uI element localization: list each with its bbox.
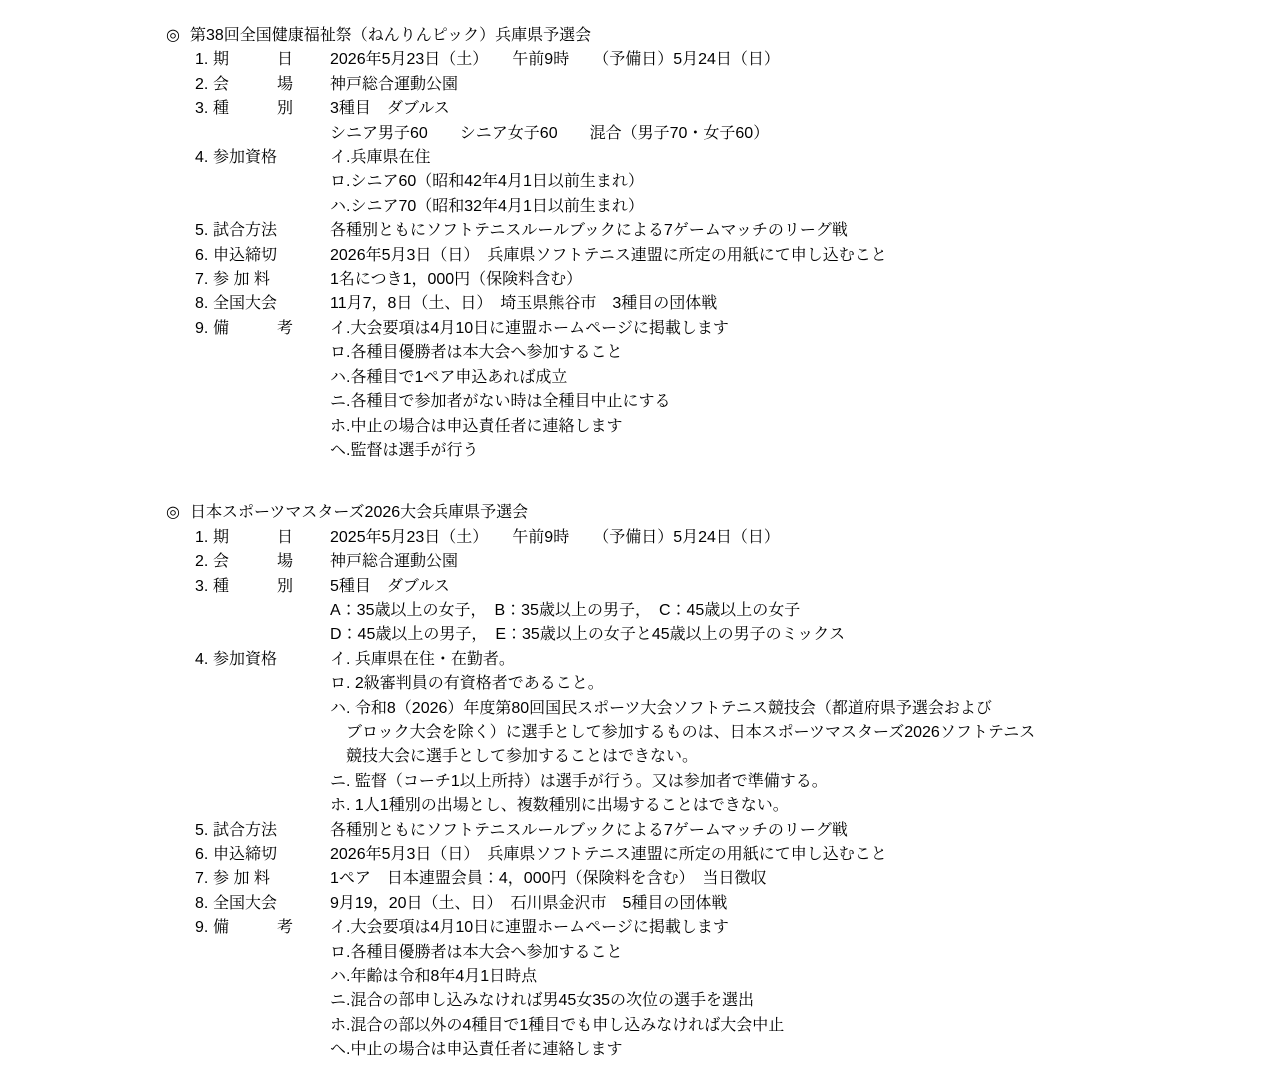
item-row: 6.申込締切2026年5月3日（日） 兵庫県ソフトテニス連盟に所定の用紙にて申し… (166, 843, 1245, 867)
item-text: 各種別ともにソフトテニスルールブックによる7ゲームマッチのリーグ戦 (330, 219, 848, 243)
item-text: 11月7，8日（土、日） 埼玉県熊谷市 3種目の団体戦 (330, 292, 717, 316)
item-number (195, 697, 213, 721)
item-number: 8. (195, 292, 213, 316)
item-text: ブロック大会を除く）に選手として参加するものは、日本スポーツマスターズ2026ソ… (330, 721, 1035, 745)
item-continuation-row: ニ.混合の部申し込みなければ男45女35の次位の選手を選出 (166, 989, 1245, 1013)
item-label: 種 別 (213, 575, 330, 599)
item-text: 競技大会に選手として参加することはできない。 (330, 745, 698, 769)
item-number (195, 195, 213, 219)
section-header: ◎第38回全国健康福祉祭（ねんりんピック）兵庫県予選会 (166, 24, 1245, 48)
item-row: 3.種 別5種目 ダブルス (166, 575, 1245, 599)
item-number: 6. (195, 843, 213, 867)
item-label: 会 場 (213, 550, 330, 574)
section-title: 第38回全国健康福祉祭（ねんりんピック）兵庫県予選会 (190, 24, 591, 48)
item-label: 参 加 料 (213, 867, 330, 891)
item-number (195, 1014, 213, 1038)
item-text: 2026年5月23日（土） 午前9時 （予備日）5月24日（日） (330, 48, 780, 72)
item-text: ニ.各種目で参加者がない時は全種目中止にする (330, 390, 670, 414)
item-text: ロ. 2級審判員の有資格者であること。 (330, 672, 604, 696)
item-label (213, 122, 330, 146)
item-label (213, 941, 330, 965)
item-label: 備 考 (213, 916, 330, 940)
item-text: ヘ.中止の場合は申込責任者に連絡します (330, 1038, 622, 1062)
item-continuation-row: D：45歳以上の男子， E：35歳以上の女子と45歳以上の男子のミックス (166, 623, 1245, 647)
item-text: ロ.各種目優勝者は本大会へ参加すること (330, 341, 622, 365)
item-label (213, 390, 330, 414)
document-page: ◎第38回全国健康福祉祭（ねんりんピック）兵庫県予選会1.期 日2026年5月2… (0, 0, 1275, 1085)
item-continuation-row: ヘ.中止の場合は申込責任者に連絡します (166, 1038, 1245, 1062)
item-label (213, 415, 330, 439)
item-continuation-row: ロ.各種目優勝者は本大会へ参加すること (166, 341, 1245, 365)
item-text: ニ. 監督（コーチ1以上所持）は選手が行う。又は参加者で準備する。 (330, 770, 828, 794)
item-continuation-row: ブロック大会を除く）に選手として参加するものは、日本スポーツマスターズ2026ソ… (166, 721, 1245, 745)
item-number: 1. (195, 526, 213, 550)
item-text: 9月19，20日（土、日） 石川県金沢市 5種目の団体戦 (330, 892, 727, 916)
item-number: 3. (195, 97, 213, 121)
section-title: 日本スポーツマスターズ2026大会兵庫県予選会 (190, 501, 528, 525)
item-row: 3.種 別3種目 ダブルス (166, 97, 1245, 121)
item-number: 6. (195, 244, 213, 268)
item-continuation-row: ヘ.監督は選手が行う (166, 439, 1245, 463)
item-label: 全国大会 (213, 292, 330, 316)
item-text: ホ.中止の場合は申込責任者に連絡します (330, 415, 622, 439)
item-number: 2. (195, 550, 213, 574)
item-number (195, 770, 213, 794)
item-text: 1ペア 日本連盟会員：4，000円（保険料を含む） 当日徴収 (330, 867, 767, 891)
item-number: 8. (195, 892, 213, 916)
double-circle-icon: ◎ (166, 501, 190, 525)
item-continuation-row: ハ. 令和8（2026）年度第80回国民スポーツ大会ソフトテニス競技会（都道府県… (166, 697, 1245, 721)
item-text: 2026年5月3日（日） 兵庫県ソフトテニス連盟に所定の用紙にて申し込むこと (330, 843, 887, 867)
item-number: 7. (195, 268, 213, 292)
item-number (195, 366, 213, 390)
item-row: 2.会 場神戸総合運動公園 (166, 550, 1245, 574)
item-number: 2. (195, 73, 213, 97)
item-continuation-row: A：35歳以上の女子， B：35歳以上の男子， C：45歳以上の女子 (166, 599, 1245, 623)
item-label (213, 623, 330, 647)
item-number (195, 623, 213, 647)
item-text: ハ.年齢は令和8年4月1日時点 (330, 965, 537, 989)
item-row: 8.全国大会11月7，8日（土、日） 埼玉県熊谷市 3種目の団体戦 (166, 292, 1245, 316)
item-number (195, 965, 213, 989)
item-label: 参加資格 (213, 648, 330, 672)
item-text: A：35歳以上の女子， B：35歳以上の男子， C：45歳以上の女子 (330, 599, 800, 623)
item-text: ニ.混合の部申し込みなければ男45女35の次位の選手を選出 (330, 989, 754, 1013)
item-number (195, 415, 213, 439)
item-text: 各種別ともにソフトテニスルールブックによる7ゲームマッチのリーグ戦 (330, 819, 848, 843)
item-number: 4. (195, 146, 213, 170)
item-text: イ. 兵庫県在住・在勤者。 (330, 648, 515, 672)
item-row: 9.備 考イ.大会要項は4月10日に連盟ホームページに掲載します (166, 317, 1245, 341)
item-label (213, 341, 330, 365)
item-row: 2.会 場神戸総合運動公園 (166, 73, 1245, 97)
item-row: 5.試合方法各種別ともにソフトテニスルールブックによる7ゲームマッチのリーグ戦 (166, 219, 1245, 243)
item-text: 1名につき1，000円（保険料含む） (330, 268, 582, 292)
item-number: 9. (195, 916, 213, 940)
item-number (195, 341, 213, 365)
tournament-section: ◎日本スポーツマスターズ2026大会兵庫県予選会1.期 日2025年5月23日（… (166, 501, 1245, 1062)
item-text: 5種目 ダブルス (330, 575, 450, 599)
item-label (213, 745, 330, 769)
item-number: 7. (195, 867, 213, 891)
item-number (195, 1038, 213, 1062)
item-row: 8.全国大会9月19，20日（土、日） 石川県金沢市 5種目の団体戦 (166, 892, 1245, 916)
item-number (195, 745, 213, 769)
item-text: ヘ.監督は選手が行う (330, 439, 478, 463)
item-text: ロ.シニア60（昭和42年4月1日以前生まれ） (330, 170, 644, 194)
item-text: 3種目 ダブルス (330, 97, 450, 121)
item-number: 4. (195, 648, 213, 672)
item-text: ハ.各種目で1ペア申込あれば成立 (330, 366, 567, 390)
item-number (195, 599, 213, 623)
item-text: 神戸総合運動公園 (330, 550, 458, 574)
item-row: 6.申込締切2026年5月3日（日） 兵庫県ソフトテニス連盟に所定の用紙にて申し… (166, 244, 1245, 268)
item-text: D：45歳以上の男子， E：35歳以上の女子と45歳以上の男子のミックス (330, 623, 845, 647)
item-label: 期 日 (213, 526, 330, 550)
item-continuation-row: 競技大会に選手として参加することはできない。 (166, 745, 1245, 769)
item-continuation-row: ロ.シニア60（昭和42年4月1日以前生まれ） (166, 170, 1245, 194)
double-circle-icon: ◎ (166, 24, 190, 48)
item-text: イ.兵庫県在住 (330, 146, 430, 170)
item-label (213, 770, 330, 794)
item-label (213, 697, 330, 721)
item-row: 9.備 考イ.大会要項は4月10日に連盟ホームページに掲載します (166, 916, 1245, 940)
item-continuation-row: ハ.年齢は令和8年4月1日時点 (166, 965, 1245, 989)
item-label: 期 日 (213, 48, 330, 72)
item-label: 会 場 (213, 73, 330, 97)
item-continuation-row: ホ.混合の部以外の4種目で1種目でも申し込みなければ大会中止 (166, 1014, 1245, 1038)
item-label (213, 672, 330, 696)
item-row: 4.参加資格イ. 兵庫県在住・在勤者。 (166, 648, 1245, 672)
tournament-section: ◎第38回全国健康福祉祭（ねんりんピック）兵庫県予選会1.期 日2026年5月2… (166, 24, 1245, 463)
item-continuation-row: ニ.各種目で参加者がない時は全種目中止にする (166, 390, 1245, 414)
item-number: 5. (195, 819, 213, 843)
item-text: シニア男子60 シニア女子60 混合（男子70・女子60） (330, 122, 769, 146)
item-continuation-row: ニ. 監督（コーチ1以上所持）は選手が行う。又は参加者で準備する。 (166, 770, 1245, 794)
item-number (195, 439, 213, 463)
item-label (213, 1038, 330, 1062)
item-label (213, 170, 330, 194)
item-label: 申込締切 (213, 244, 330, 268)
item-label (213, 965, 330, 989)
item-label (213, 989, 330, 1013)
item-number: 5. (195, 219, 213, 243)
item-text: イ.大会要項は4月10日に連盟ホームページに掲載します (330, 916, 729, 940)
item-text: ホ.混合の部以外の4種目で1種目でも申し込みなければ大会中止 (330, 1014, 784, 1038)
item-label: 参加資格 (213, 146, 330, 170)
item-text: ホ. 1人1種別の出場とし、複数種別に出場することはできない。 (330, 794, 789, 818)
item-label: 参 加 料 (213, 268, 330, 292)
item-text: ハ.シニア70（昭和32年4月1日以前生まれ） (330, 195, 644, 219)
item-number (195, 794, 213, 818)
item-continuation-row: シニア男子60 シニア女子60 混合（男子70・女子60） (166, 122, 1245, 146)
item-row: 5.試合方法各種別ともにソフトテニスルールブックによる7ゲームマッチのリーグ戦 (166, 819, 1245, 843)
item-label: 全国大会 (213, 892, 330, 916)
item-number (195, 721, 213, 745)
section-header: ◎日本スポーツマスターズ2026大会兵庫県予選会 (166, 501, 1245, 525)
item-label (213, 439, 330, 463)
item-number (195, 989, 213, 1013)
item-label: 試合方法 (213, 819, 330, 843)
item-number: 3. (195, 575, 213, 599)
item-number (195, 122, 213, 146)
item-continuation-row: ホ. 1人1種別の出場とし、複数種別に出場することはできない。 (166, 794, 1245, 818)
item-label: 種 別 (213, 97, 330, 121)
item-row: 1.期 日2025年5月23日（土） 午前9時 （予備日）5月24日（日） (166, 526, 1245, 550)
item-row: 1.期 日2026年5月23日（土） 午前9時 （予備日）5月24日（日） (166, 48, 1245, 72)
item-row: 4.参加資格イ.兵庫県在住 (166, 146, 1245, 170)
item-continuation-row: ロ.各種目優勝者は本大会へ参加すること (166, 941, 1245, 965)
item-text: 2025年5月23日（土） 午前9時 （予備日）5月24日（日） (330, 526, 780, 550)
item-number (195, 672, 213, 696)
item-text: ハ. 令和8（2026）年度第80回国民スポーツ大会ソフトテニス競技会（都道府県… (330, 697, 992, 721)
item-text: 神戸総合運動公園 (330, 73, 458, 97)
item-row: 7.参 加 料1名につき1，000円（保険料含む） (166, 268, 1245, 292)
item-label: 備 考 (213, 317, 330, 341)
item-text: イ.大会要項は4月10日に連盟ホームページに掲載します (330, 317, 729, 341)
item-continuation-row: ホ.中止の場合は申込責任者に連絡します (166, 415, 1245, 439)
item-continuation-row: ハ.各種目で1ペア申込あれば成立 (166, 366, 1245, 390)
item-label (213, 721, 330, 745)
item-row: 7.参 加 料1ペア 日本連盟会員：4，000円（保険料を含む） 当日徴収 (166, 867, 1245, 891)
item-text: ロ.各種目優勝者は本大会へ参加すること (330, 941, 622, 965)
item-continuation-row: ロ. 2級審判員の有資格者であること。 (166, 672, 1245, 696)
item-continuation-row: ハ.シニア70（昭和32年4月1日以前生まれ） (166, 195, 1245, 219)
item-text: 2026年5月3日（日） 兵庫県ソフトテニス連盟に所定の用紙にて申し込むこと (330, 244, 887, 268)
item-label (213, 195, 330, 219)
item-number (195, 170, 213, 194)
item-number: 9. (195, 317, 213, 341)
item-number (195, 390, 213, 414)
item-label (213, 599, 330, 623)
item-number (195, 941, 213, 965)
item-number: 1. (195, 48, 213, 72)
item-label (213, 1014, 330, 1038)
item-label: 試合方法 (213, 219, 330, 243)
item-label (213, 794, 330, 818)
item-label (213, 366, 330, 390)
item-label: 申込締切 (213, 843, 330, 867)
